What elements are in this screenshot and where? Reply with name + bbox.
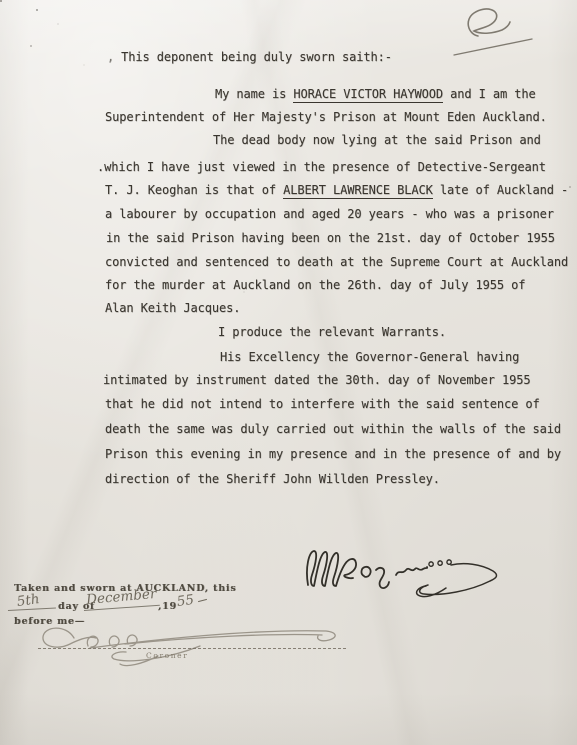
line-text: T. J. Keoghan is that of [105,183,283,197]
line-text: late of Auckland - [433,183,568,197]
typed-line: ,This deponent being duly sworn saith:- [107,50,392,64]
typed-line: convicted and sentenced to death at the … [105,255,568,269]
line-text: direction of the Sheriff John Willden Pr… [105,472,440,486]
line-text: Alan Keith Jacques. [105,301,240,315]
line-text: Prison this evening in my presence and i… [105,447,561,461]
day-rule [7,593,56,611]
typed-line: intimated by instrument dated the 30th. … [103,373,530,387]
typed-line: Prison this evening in my presence and i… [105,447,561,461]
typed-line: Alan Keith Jacques. [105,301,240,315]
line-text: convicted and sentenced to death at the … [105,255,568,269]
line-text: that he did not intend to interfere with… [105,397,540,411]
typed-line: that he did not intend to interfere with… [105,397,540,411]
typed-line: Superintendent of Her Majesty's Prison a… [105,110,547,124]
deponent-signature [300,545,500,600]
line-text: death the same was duly carried out with… [105,422,561,436]
year-prefix: ,19 [158,601,177,612]
year-handwritten: 55 [176,592,195,610]
typed-line: a labourer by occupation and aged 20 yea… [105,207,554,221]
year-dash-mark [198,599,207,602]
line-text: This deponent being duly sworn saith:- [121,50,392,64]
line-text: for the murder at Auckland on the 26th. … [105,278,525,292]
line-text: The dead body now lying at the said Pris… [213,133,541,147]
line-text: intimated by instrument dated the 30th. … [103,373,530,387]
line-text: and I am the [443,87,536,101]
line-text: I produce the relevant Warrants. [218,325,446,339]
underlined-name: HORACE VICTOR HAYWOOD [293,87,443,103]
typed-line: for the murder at Auckland on the 26th. … [105,278,525,292]
paper-specks [0,0,2,2]
line-text: Superintendent of Her Majesty's Prison a… [105,110,547,124]
line-text: a labourer by occupation and aged 20 yea… [105,207,554,221]
underlined-name: ALBERT LAWRENCE BLACK [283,183,433,199]
typed-line: I produce the relevant Warrants. [218,325,446,339]
typed-line: My name is HORACE VICTOR HAYWOOD and I a… [215,87,536,101]
typed-line: death the same was duly carried out with… [105,422,561,436]
line-text: in the said Prison having been on the 21… [106,231,555,245]
typed-line: T. J. Keoghan is that of ALBERT LAWRENCE… [105,183,568,197]
signature-rule [38,634,346,649]
typed-line: .which I have just viewed in the presenc… [97,160,546,174]
line-text: My name is [215,87,293,101]
typed-line: His Excellency the Governor-General havi… [220,350,519,364]
typed-line: The dead body now lying at the said Pris… [213,133,541,147]
typed-line: in the said Prison having been on the 21… [106,231,555,245]
line-text: His Excellency the Governor-General havi… [220,350,519,364]
line-text: .which I have just viewed in the presenc… [97,160,546,174]
page-number-mark [440,2,575,62]
officer-title: Coroner [146,651,188,660]
typed-line: direction of the Sheriff John Willden Pr… [105,472,440,486]
stray-mark: , [107,50,114,64]
